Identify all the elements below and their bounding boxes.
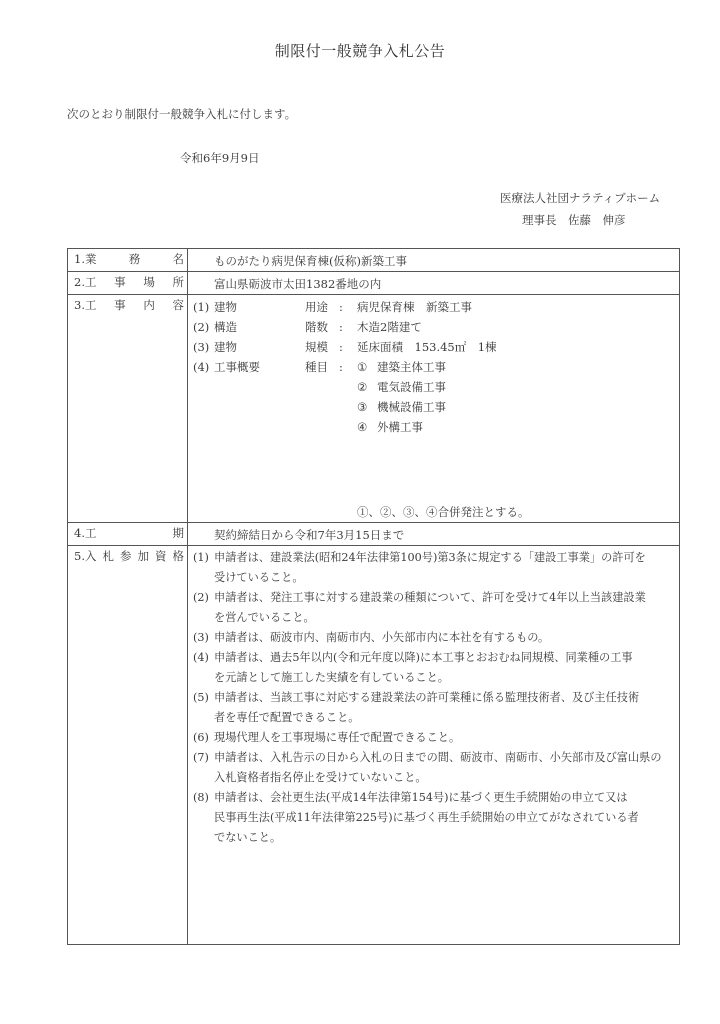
sub-item-text: 電気設備工事	[377, 380, 446, 394]
item-number: (3)	[193, 337, 214, 357]
item-number: (2)	[193, 317, 214, 337]
work-item: (1)建物用途:病児保育棟 新築工事	[193, 297, 679, 317]
item-name: 工事概要	[214, 357, 305, 377]
item-sep: :	[339, 297, 357, 317]
row-content: (1)建物用途:病児保育棟 新築工事 (2)構造階数:木造2階建て (3)建物規…	[188, 295, 680, 523]
qualification-item: (3)申請者は、砺波市内、南砺市内、小矢部市内に本社を有するもの。	[193, 628, 679, 648]
item-text: 申請者は、砺波市内、南砺市内、小矢部市内に本社を有するもの。	[214, 631, 549, 644]
intro-text: 次のとおり制限付一般競争入札に付します。	[67, 106, 296, 122]
notice-table: 1.業 務 名 ものがたり病児保育棟(仮称)新築工事 2.工 事 場 所 富山県…	[67, 248, 680, 945]
label-char: 参	[120, 548, 132, 564]
label-char: 資	[155, 548, 167, 564]
qualification-item-cont: でないこと。	[193, 828, 679, 848]
label-char: 3.工	[74, 297, 96, 313]
label-char: 札	[102, 548, 114, 564]
item-number: (4)	[193, 357, 214, 377]
row-content: (1)申請者は、建設業法(昭和24年法律第100号)第3条に規定する「建設工事業…	[188, 546, 680, 945]
table-row-business-name: 1.業 務 名 ものがたり病児保育棟(仮称)新築工事	[68, 249, 680, 272]
item-name: 建物	[214, 297, 305, 317]
label-char: 事	[114, 274, 126, 290]
row-content: 契約締結日から令和7年3月15日まで	[188, 523, 680, 546]
table-row-qualifications: 5.入 札 参 加 資 格 (1)申請者は、建設業法(昭和24年法律第100号)…	[68, 546, 680, 945]
work-sub-item: ④外構工事	[193, 417, 679, 437]
row-label: 2.工 事 場 所	[68, 272, 188, 295]
qualification-item-cont: 民事再生法(平成11年法律第225号)に基づく再生手続開始の申立てがなされている…	[193, 808, 679, 828]
item-key: 階数	[305, 317, 339, 337]
table-row-work-details: 3.工 事 内 容 (1)建物用途:病児保育棟 新築工事 (2)構造階数:木造2…	[68, 295, 680, 523]
sub-item-mark: ③	[357, 397, 377, 417]
label-char: 2.工	[74, 274, 96, 290]
qualification-item-cont: 受けていること。	[193, 568, 679, 588]
item-number: (4)	[193, 648, 214, 668]
label-char: 内	[143, 297, 155, 313]
sub-item-mark: ④	[357, 417, 377, 437]
label-char: 4.工	[74, 525, 96, 541]
table-row-site: 2.工 事 場 所 富山県砺波市太田1382番地の内	[68, 272, 680, 295]
label-char: 容	[173, 297, 185, 313]
item-key: 用途	[305, 297, 339, 317]
item-number: (6)	[193, 728, 214, 748]
construction-site: 富山県砺波市太田1382番地の内	[193, 274, 679, 294]
item-text: 申請者は、入札告示の日から入札の日までの間、砺波市、南砺市、小矢部市及び富山県の	[214, 751, 662, 764]
combined-order-note: ①、②、③、④合併発注とする。	[357, 502, 530, 522]
item-text: 申請者は、建設業法(昭和24年法律第100号)第3条に規定する「建設工事業」の許…	[214, 551, 646, 564]
label-char: 務	[129, 251, 141, 267]
item-number: (3)	[193, 628, 214, 648]
work-sub-item: ②電気設備工事	[193, 377, 679, 397]
sub-item-mark: ②	[357, 377, 377, 397]
label-char: 5.入	[74, 548, 96, 564]
qualification-item-cont: を営んでいること。	[193, 608, 679, 628]
qualification-item-cont: を元請として施工した実績を有していること。	[193, 668, 679, 688]
work-item: (2)構造階数:木造2階建て	[193, 317, 679, 337]
label-char: 格	[172, 548, 184, 564]
row-content: ものがたり病児保育棟(仮称)新築工事	[188, 249, 680, 272]
table-row-period: 4.工 期 契約締結日から令和7年3月15日まで	[68, 523, 680, 546]
label-char: 1.業	[74, 251, 96, 267]
label-char: 名	[172, 251, 184, 267]
row-label: 3.工 事 内 容	[68, 295, 188, 523]
work-sub-item: ③機械設備工事	[193, 397, 679, 417]
item-value: 延床面積 153.45㎡ 1棟	[357, 340, 497, 354]
item-text: 申請者は、過去5年以内(令和元年度以降)に本工事とおおむね同規模、同業種の工事	[214, 651, 633, 664]
item-number: (7)	[193, 748, 214, 768]
document-title: 制限付一般競争入札公告	[0, 40, 720, 61]
work-item: (3)建物規模:延床面積 153.45㎡ 1棟	[193, 337, 679, 357]
notice-date: 令和6年9月9日	[180, 150, 259, 166]
qualification-item: (7)申請者は、入札告示の日から入札の日までの間、砺波市、南砺市、小矢部市及び富…	[193, 748, 679, 768]
item-sep: :	[339, 317, 357, 337]
item-number: (1)	[193, 548, 214, 568]
item-number: (2)	[193, 588, 214, 608]
qualification-item-cont: 入札資格者指名停止を受けていないこと。	[193, 768, 679, 788]
item-key: 種目	[305, 357, 339, 377]
label-char: 場	[143, 274, 155, 290]
sub-item-mark: ①	[357, 357, 377, 377]
sub-item-text: 外構工事	[377, 420, 423, 434]
row-label: 4.工 期	[68, 523, 188, 546]
row-label: 5.入 札 参 加 資 格	[68, 546, 188, 945]
qualification-item: (1)申請者は、建設業法(昭和24年法律第100号)第3条に規定する「建設工事業…	[193, 548, 679, 568]
item-sep: :	[339, 357, 357, 377]
item-text: 申請者は、会社更生法(平成14年法律第154号)に基づく更生手続開始の申立て又は	[214, 791, 628, 804]
item-number: (8)	[193, 788, 214, 808]
issuer-representative: 理事長 佐藤 伸彦	[522, 212, 626, 228]
item-value: 病児保育棟 新築工事	[357, 300, 472, 314]
label-char: 事	[114, 297, 126, 313]
qualification-item: (6)現場代理人を工事現場に専任で配置できること。	[193, 728, 679, 748]
issuer-organization: 医療法人社団ナラティブホーム	[500, 190, 660, 206]
item-value: 木造2階建て	[357, 320, 422, 334]
sub-item-text: 建築主体工事	[377, 360, 446, 374]
row-label: 1.業 務 名	[68, 249, 188, 272]
construction-period: 契約締結日から令和7年3月15日まで	[193, 525, 679, 545]
item-text: 現場代理人を工事現場に専任で配置できること。	[214, 731, 460, 744]
work-item: (4)工事概要種目:①建築主体工事	[193, 357, 679, 377]
item-key: 規模	[305, 337, 339, 357]
sub-item-text: 機械設備工事	[377, 400, 446, 414]
item-number: (5)	[193, 688, 214, 708]
label-char: 期	[173, 525, 185, 541]
qualification-item: (5)申請者は、当該工事に対応する建設業法の許可業種に係る監理技術者、及び主任技…	[193, 688, 679, 708]
item-sep: :	[339, 337, 357, 357]
label-char: 所	[173, 274, 185, 290]
label-char: 加	[137, 548, 149, 564]
qualification-item: (2)申請者は、発注工事に対する建設業の種類について、許可を受けて4年以上当該建…	[193, 588, 679, 608]
item-name: 構造	[214, 317, 305, 337]
item-text: 申請者は、当該工事に対応する建設業法の許可業種に係る監理技術者、及び主任技術	[214, 691, 639, 704]
qualification-item-cont: 者を専任で配置できること。	[193, 708, 679, 728]
row-content: 富山県砺波市太田1382番地の内	[188, 272, 680, 295]
item-text: 申請者は、発注工事に対する建設業の種類について、許可を受けて4年以上当該建設業	[214, 591, 646, 604]
qualification-item: (8)申請者は、会社更生法(平成14年法律第154号)に基づく更生手続開始の申立…	[193, 788, 679, 808]
item-number: (1)	[193, 297, 214, 317]
business-name: ものがたり病児保育棟(仮称)新築工事	[193, 251, 679, 271]
item-name: 建物	[214, 337, 305, 357]
qualification-item: (4)申請者は、過去5年以内(令和元年度以降)に本工事とおおむね同規模、同業種の…	[193, 648, 679, 668]
